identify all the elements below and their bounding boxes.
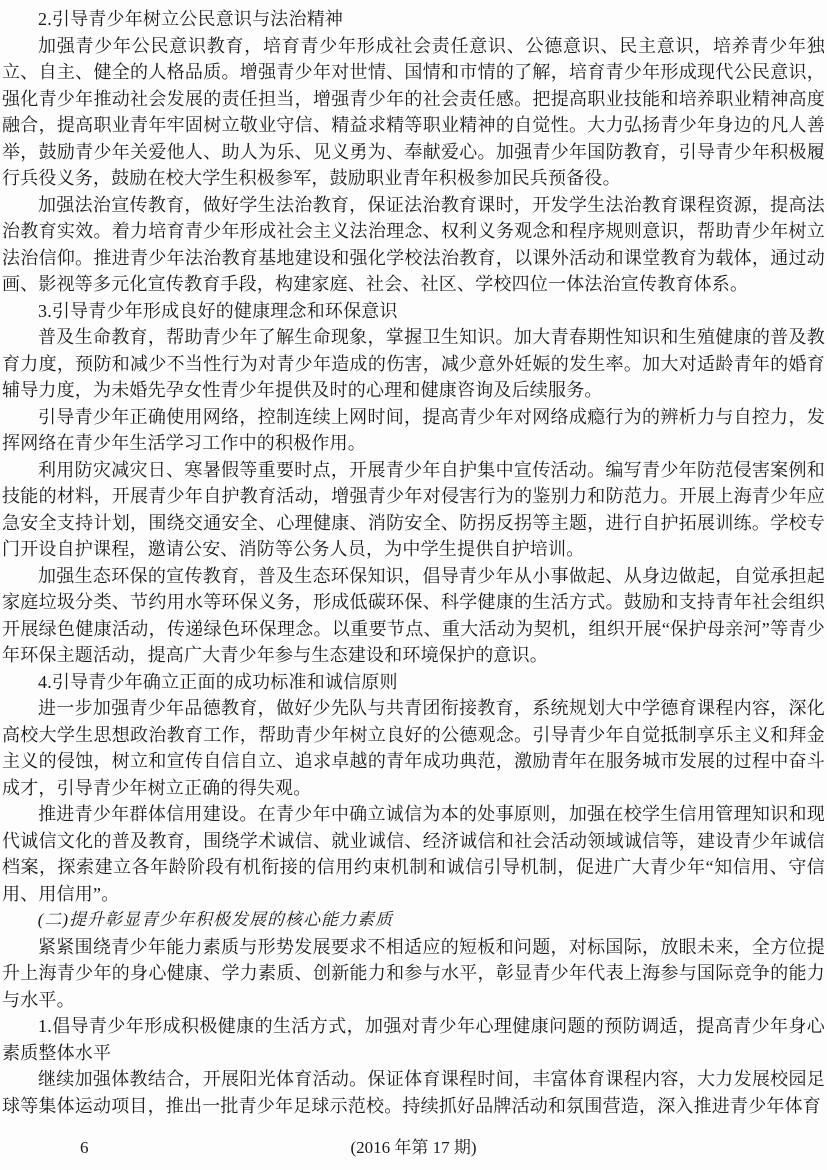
paragraph: 推进青少年群体信用建设。在青少年中确立诚信为本的处事原则，加强在校学生信用管理知… — [2, 801, 825, 907]
paragraph: 继续加强体教结合，开展阳光体育活动。保证体育课程时间，丰富体育课程内容，大力发展… — [2, 1066, 825, 1119]
paragraph: 紧紧围绕青少年能力素质与形势发展要求不相适应的短板和问题，对标国际，放眼未来，全… — [2, 934, 825, 1014]
paragraph: 加强法治宣传教育，做好学生法治教育，保证法治教育课时，开发学生法治教育课程资源，… — [2, 192, 825, 298]
section-heading: 3.引导青少年形成良好的健康理念和环保意识 — [2, 298, 825, 325]
paragraph: 利用防灾减灾日、寒暑假等重要时点，开展青少年自护集中宣传活动。编写青少年防范侵害… — [2, 457, 825, 563]
page-number: 6 — [80, 1134, 89, 1162]
section-heading-multiline: 1.倡导青少年形成积极健康的生活方式，加强对青少年心理健康问题的预防调适，提高青… — [2, 1013, 825, 1066]
subsection-heading-kai: (二)提升彰显青少年积极发展的核心能力素质 — [2, 907, 825, 934]
issue-label: (2016 年第 17 期) — [0, 1134, 827, 1162]
document-page: 2.引导青少年树立公民意识与法治精神 加强青少年公民意识教育，培育青少年形成社会… — [0, 0, 827, 1170]
paragraph: 普及生命教育，帮助青少年了解生命现象，掌握卫生知识。加大青春期性知识和生殖健康的… — [2, 324, 825, 404]
paragraph: 进一步加强青少年品德教育，做好少先队与共青团衔接教育，系统规划大中学德育课程内容… — [2, 695, 825, 801]
paragraph: 加强青少年公民意识教育，培育青少年形成社会责任意识、公德意识、民主意识，培养青少… — [2, 33, 825, 192]
section-heading: 4.引导青少年确立正面的成功标准和诚信原则 — [2, 669, 825, 696]
section-heading: 2.引导青少年树立公民意识与法治精神 — [2, 6, 825, 33]
paragraph: 加强生态环保的宣传教育，普及生态环保知识，倡导青少年从小事做起、从身边做起，自觉… — [2, 563, 825, 669]
page-footer: 6 (2016 年第 17 期) — [0, 1134, 827, 1162]
paragraph: 引导青少年正确使用网络，控制连续上网时间，提高青少年对网络成瘾行为的辨析力与自控… — [2, 404, 825, 457]
